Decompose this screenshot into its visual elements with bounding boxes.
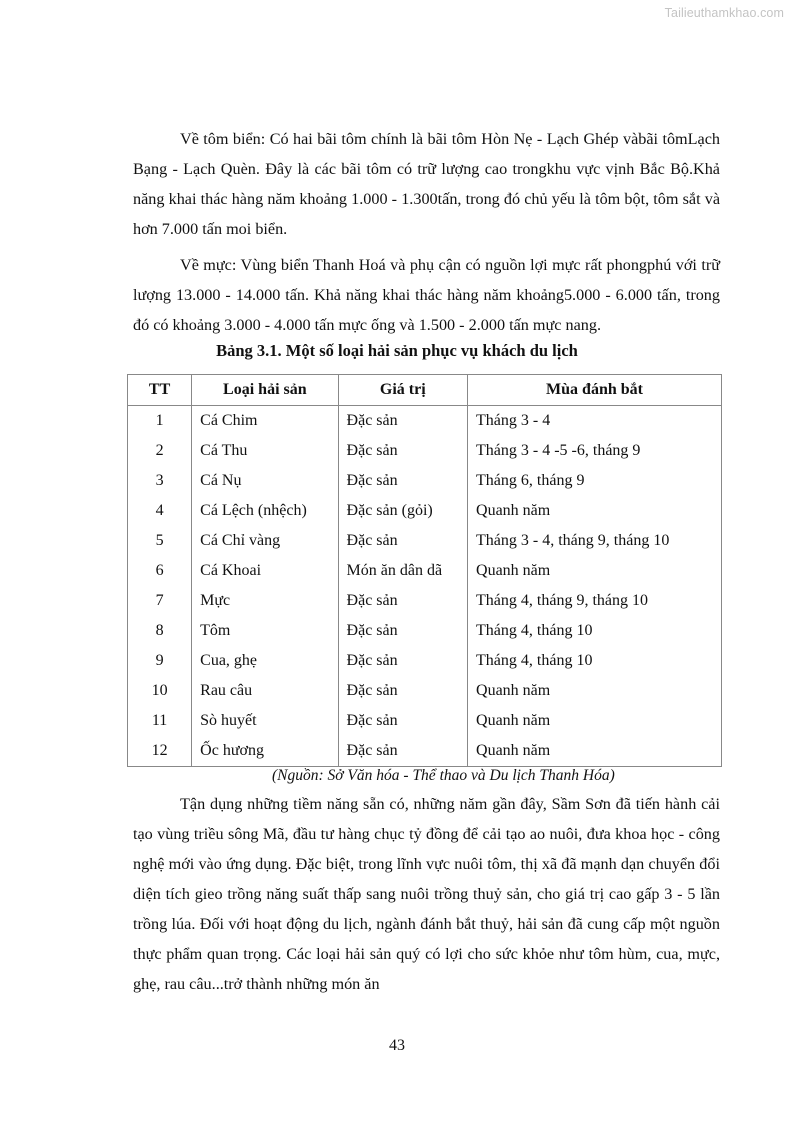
cell-tt: 4 (128, 496, 192, 526)
cell-value: Đặc sản (338, 436, 467, 466)
table-source: (Nguồn: Sở Văn hóa - Thể thao và Du lịch… (272, 766, 615, 786)
table-row: 3Cá NụĐặc sảnTháng 6, tháng 9 (128, 466, 722, 496)
cell-value: Đặc sản (338, 646, 467, 676)
cell-value: Đặc sản (338, 526, 467, 556)
cell-tt: 5 (128, 526, 192, 556)
cell-value: Đặc sản (338, 676, 467, 706)
cell-value: Món ăn dân dã (338, 556, 467, 586)
cell-type: Rau câu (192, 676, 338, 706)
table-row: 10Rau câuĐặc sảnQuanh năm (128, 676, 722, 706)
cell-type: Cua, ghẹ (192, 646, 338, 676)
cell-type: Cá Thu (192, 436, 338, 466)
table-row: 11Sò huyếtĐặc sảnQuanh năm (128, 706, 722, 736)
table-header-row: TT Loại hải sản Giá trị Mùa đánh bắt (128, 375, 722, 406)
cell-tt: 10 (128, 676, 192, 706)
cell-value: Đặc sản (gỏi) (338, 496, 467, 526)
cell-season: Quanh năm (468, 736, 722, 767)
cell-value: Đặc sản (338, 466, 467, 496)
cell-season: Tháng 3 - 4, tháng 9, tháng 10 (468, 526, 722, 556)
table-row: 6Cá KhoaiMón ăn dân dãQuanh năm (128, 556, 722, 586)
header-type: Loại hải sản (192, 375, 338, 406)
cell-season: Tháng 6, tháng 9 (468, 466, 722, 496)
header-tt: TT (128, 375, 192, 406)
cell-type: Mực (192, 586, 338, 616)
page-number: 43 (0, 1037, 794, 1055)
seafood-table: TT Loại hải sản Giá trị Mùa đánh bắt 1Cá… (127, 374, 722, 767)
cell-type: Cá Chim (192, 406, 338, 437)
cell-season: Tháng 3 - 4 -5 -6, tháng 9 (468, 436, 722, 466)
cell-type: Ốc hương (192, 736, 338, 767)
watermark: Tailieuthamkhao.com (665, 6, 784, 20)
table-caption: Bảng 3.1. Một số loại hải sản phục vụ kh… (0, 341, 794, 361)
cell-season: Tháng 4, tháng 10 (468, 616, 722, 646)
paragraph-development: Tận dụng những tiềm năng sẵn có, những n… (133, 789, 720, 999)
cell-season: Tháng 4, tháng 10 (468, 646, 722, 676)
cell-type: Cá Chỉ vàng (192, 526, 338, 556)
cell-type: Cá Lệch (nhệch) (192, 496, 338, 526)
paragraph-squid: Về mực: Vùng biển Thanh Hoá và phụ cận c… (133, 250, 720, 340)
cell-season: Tháng 4, tháng 9, tháng 10 (468, 586, 722, 616)
cell-season: Quanh năm (468, 706, 722, 736)
cell-tt: 11 (128, 706, 192, 736)
cell-type: Tôm (192, 616, 338, 646)
cell-tt: 6 (128, 556, 192, 586)
cell-season: Quanh năm (468, 556, 722, 586)
table-row: 5Cá Chỉ vàngĐặc sảnTháng 3 - 4, tháng 9,… (128, 526, 722, 556)
cell-tt: 1 (128, 406, 192, 437)
table-row: 9Cua, ghẹĐặc sảnTháng 4, tháng 10 (128, 646, 722, 676)
table-row: 2Cá ThuĐặc sảnTháng 3 - 4 -5 -6, tháng 9 (128, 436, 722, 466)
cell-tt: 3 (128, 466, 192, 496)
cell-value: Đặc sản (338, 406, 467, 437)
table-row: 8TômĐặc sảnTháng 4, tháng 10 (128, 616, 722, 646)
cell-tt: 9 (128, 646, 192, 676)
cell-season: Quanh năm (468, 496, 722, 526)
cell-tt: 12 (128, 736, 192, 767)
cell-tt: 8 (128, 616, 192, 646)
cell-type: Cá Nụ (192, 466, 338, 496)
paragraph-shrimp: Về tôm biển: Có hai bãi tôm chính là bãi… (133, 124, 720, 244)
cell-value: Đặc sản (338, 586, 467, 616)
header-value: Giá trị (338, 375, 467, 406)
table-body: 1Cá ChimĐặc sảnTháng 3 - 42Cá ThuĐặc sản… (128, 406, 722, 767)
table-row: 12Ốc hươngĐặc sảnQuanh năm (128, 736, 722, 767)
cell-type: Sò huyết (192, 706, 338, 736)
table-row: 1Cá ChimĐặc sảnTháng 3 - 4 (128, 406, 722, 437)
cell-tt: 2 (128, 436, 192, 466)
cell-season: Tháng 3 - 4 (468, 406, 722, 437)
header-season: Mùa đánh bắt (468, 375, 722, 406)
table-row: 7MựcĐặc sảnTháng 4, tháng 9, tháng 10 (128, 586, 722, 616)
cell-type: Cá Khoai (192, 556, 338, 586)
cell-value: Đặc sản (338, 616, 467, 646)
cell-tt: 7 (128, 586, 192, 616)
cell-value: Đặc sản (338, 736, 467, 767)
cell-value: Đặc sản (338, 706, 467, 736)
table-row: 4Cá Lệch (nhệch)Đặc sản (gỏi)Quanh năm (128, 496, 722, 526)
cell-season: Quanh năm (468, 676, 722, 706)
